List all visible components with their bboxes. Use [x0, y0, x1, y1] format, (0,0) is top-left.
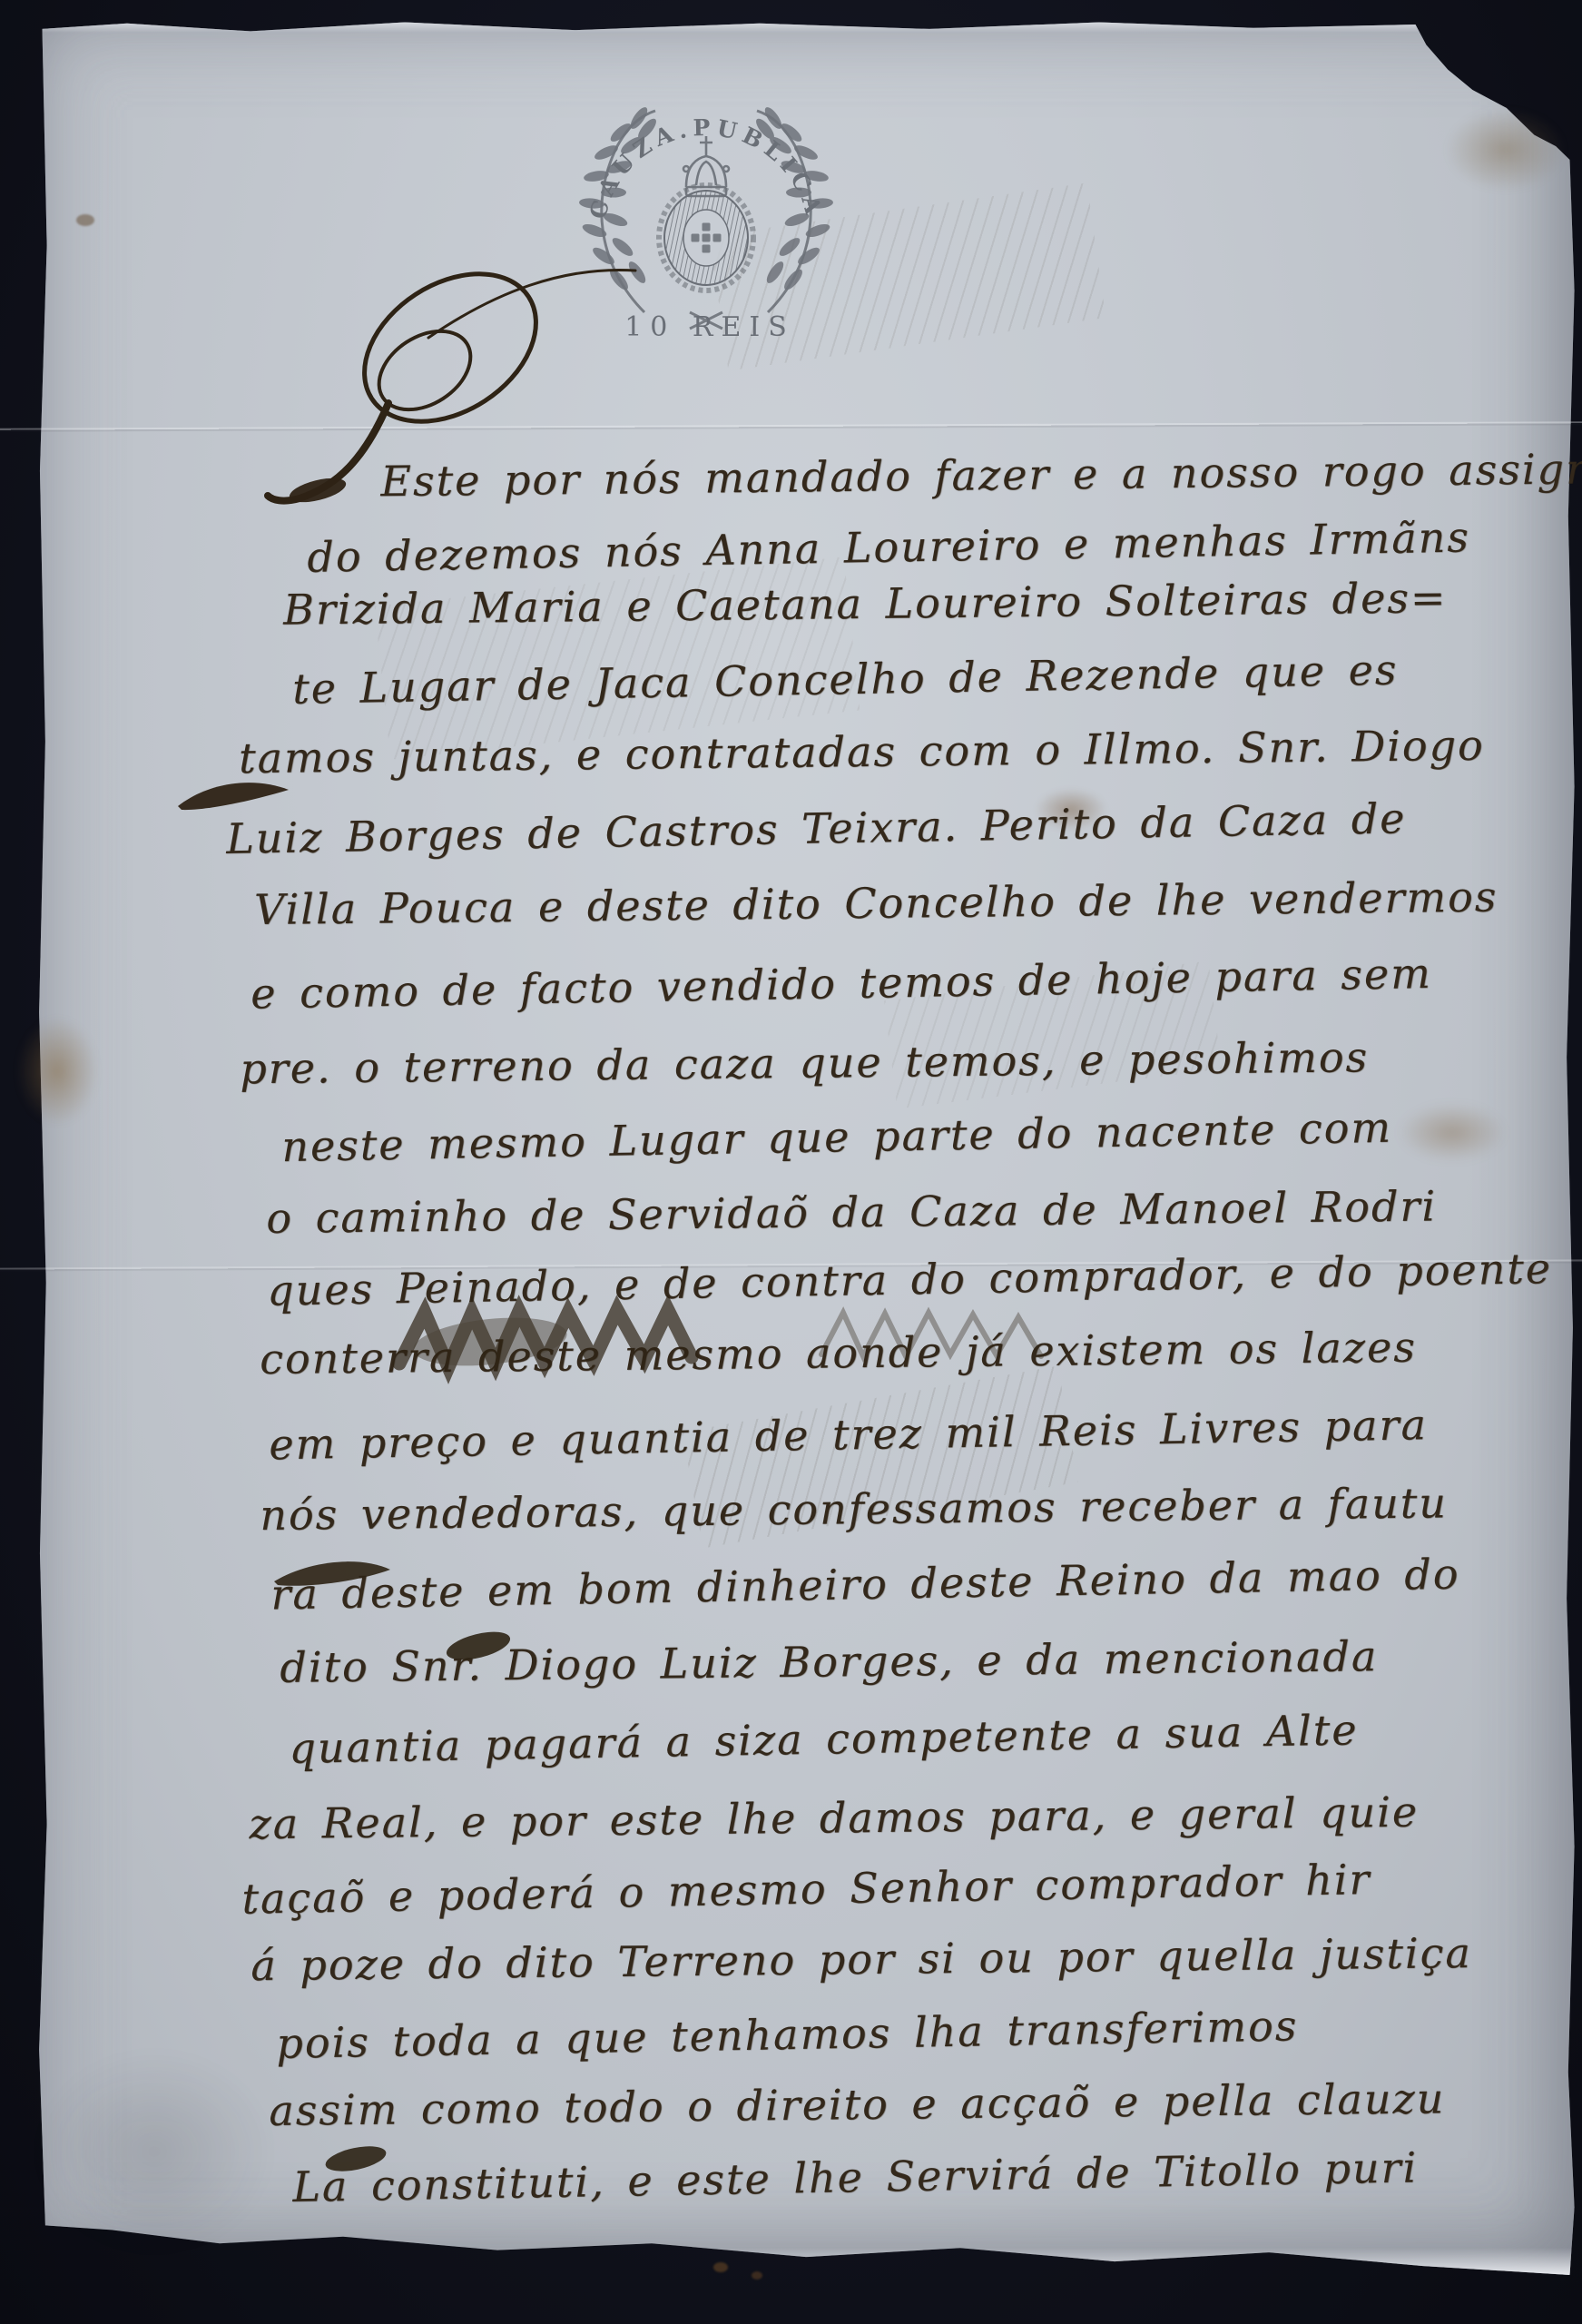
- manuscript-line: Brizida Maria e Caetana Loureiro Solteir…: [283, 570, 1448, 636]
- manuscript-line: tamos juntas, e contratadas com o Illmo.…: [239, 718, 1485, 785]
- manuscript-line: conterra deste mesmo aonde já existem os…: [260, 1320, 1417, 1386]
- manuscript-line: taçaõ e poderá o mesmo Senhor comprador …: [241, 1852, 1371, 1926]
- manuscript-line: neste mesmo Lugar que parte do nacente c…: [281, 1100, 1393, 1174]
- photo-backdrop: CAUZA.PUBLICA 10 REIS Este p: [0, 0, 1582, 2324]
- manuscript-line: Este por nós mandado fazer e a nosso rog…: [380, 441, 1582, 508]
- manuscript-line: o caminho de Servidaõ da Caza de Manoel …: [266, 1178, 1437, 1246]
- manuscript-line: La constituti, e este lhe Servirá de Tit…: [292, 2140, 1419, 2214]
- manuscript-line: dito Snr. Diogo Luiz Borges, e da mencio…: [280, 1629, 1379, 1695]
- manuscript-line: za Real, e por este lhe damos para, e ge…: [249, 1785, 1419, 1851]
- manuscript-line: á poze do dito Terreno por si ou por que…: [251, 1925, 1472, 1993]
- manuscript-line: ra deste em bom dinheiro deste Reino da …: [270, 1547, 1460, 1622]
- manuscript-line: em preço e quantia de trez mil Reis Livr…: [269, 1397, 1429, 1472]
- manuscript-text: Este por nós mandado fazer e a nosso rog…: [0, 0, 1582, 2324]
- manuscript-line: quantia pagará a siza competente a sua A…: [289, 1702, 1359, 1776]
- manuscript-line: e como de facto vendido temos de hoje pa…: [251, 946, 1432, 1021]
- manuscript-line: pois toda a que tenhamos lha transferimo…: [276, 1998, 1299, 2071]
- manuscript-line: Luiz Borges de Castros Teixra. Perito da…: [226, 791, 1407, 866]
- manuscript-line: Villa Pouca e deste dito Concelho de lhe…: [254, 870, 1498, 937]
- manuscript-line: nós vendedoras, que confessamos receber …: [260, 1475, 1448, 1542]
- manuscript-line: assim como todo o direito e acçaõ e pell…: [269, 2071, 1446, 2138]
- manuscript-line: ques Peinado, e de contra do comprador, …: [267, 1241, 1553, 1318]
- manuscript-line: pre. o terreno da caza que temos, e peso…: [240, 1029, 1369, 1096]
- manuscript-line: te Lugar de Jaca Concelho de Rezende que…: [292, 643, 1399, 716]
